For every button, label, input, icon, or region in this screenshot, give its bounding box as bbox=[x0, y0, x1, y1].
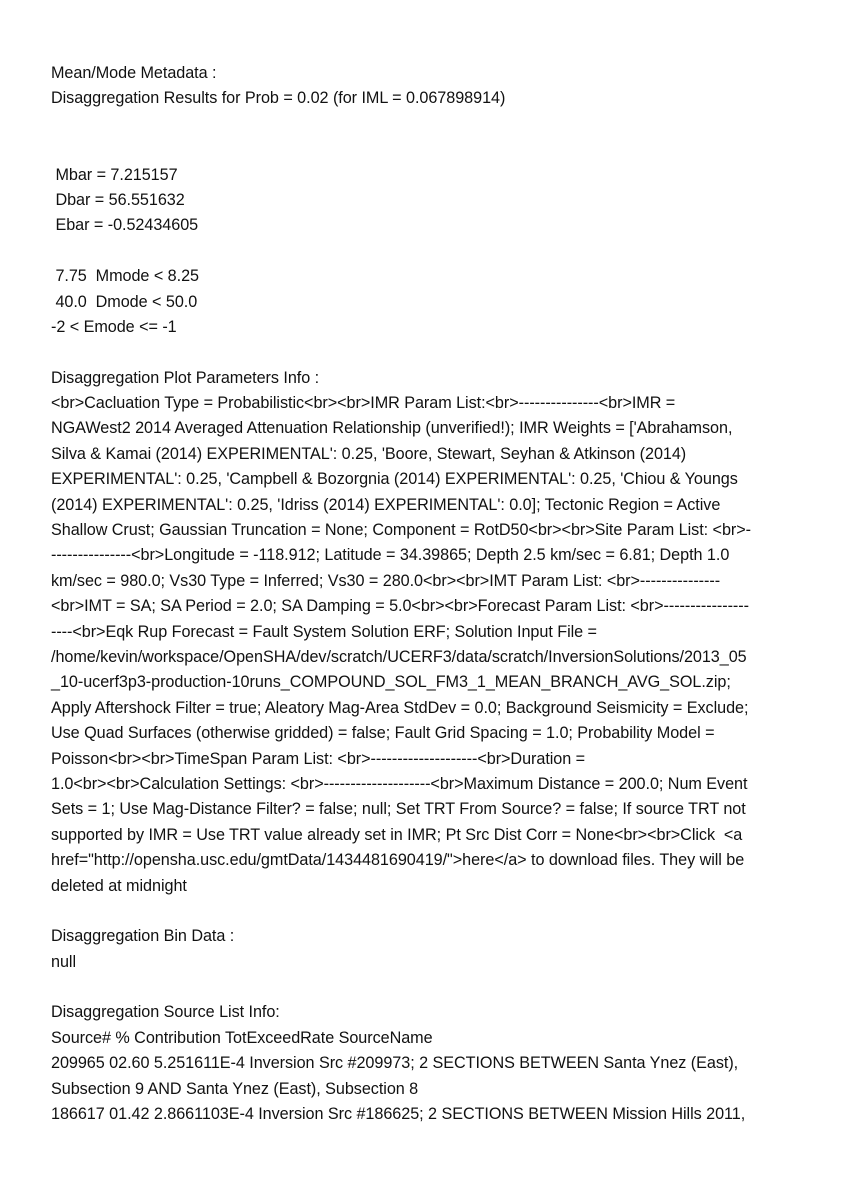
ebar-value: Ebar = -0.52434605 bbox=[51, 213, 811, 238]
plot-params-line: href="http://opensha.usc.edu/gmtData/143… bbox=[51, 848, 811, 873]
source-list-section: Disaggregation Source List Info: Source#… bbox=[51, 1000, 811, 1127]
plot-params-line: <br>IMT = SA; SA Period = 2.0; SA Dampin… bbox=[51, 594, 811, 619]
plot-params-line: ----<br>Eqk Rup Forecast = Fault System … bbox=[51, 620, 811, 645]
plot-params-section: Disaggregation Plot Parameters Info : <b… bbox=[51, 366, 811, 899]
plot-params-heading: Disaggregation Plot Parameters Info : bbox=[51, 366, 811, 391]
emode-range: -2 < Emode <= -1 bbox=[51, 315, 811, 340]
plot-params-line: EXPERIMENTAL': 0.25, 'Campbell & Bozorgn… bbox=[51, 467, 811, 492]
plot-params-line: Sets = 1; Use Mag-Distance Filter? = fal… bbox=[51, 797, 811, 822]
plot-params-line: <br>Cacluation Type = Probabilistic<br><… bbox=[51, 391, 811, 416]
dbar-value: Dbar = 56.551632 bbox=[51, 188, 811, 213]
plot-params-line: /home/kevin/workspace/OpenSHA/dev/scratc… bbox=[51, 645, 811, 670]
bin-data-heading: Disaggregation Bin Data : bbox=[51, 924, 811, 949]
plot-params-line: (2014) EXPERIMENTAL': 0.25, 'Idriss (201… bbox=[51, 493, 811, 518]
document-page: Mean/Mode Metadata : Disaggregation Resu… bbox=[51, 61, 811, 1127]
dmode-range: 40.0 Dmode < 50.0 bbox=[51, 290, 811, 315]
plot-params-line: Shallow Crust; Gaussian Truncation = Non… bbox=[51, 518, 811, 543]
source-row: 209965 02.60 5.251611E-4 Inversion Src #… bbox=[51, 1051, 811, 1076]
plot-params-line: 1.0<br><br>Calculation Settings: <br>---… bbox=[51, 772, 811, 797]
plot-params-line: ---------------<br>Longitude = -118.912;… bbox=[51, 543, 811, 568]
plot-params-line: _10-ucerf3p3-production-10runs_COMPOUND_… bbox=[51, 670, 811, 695]
plot-params-line: NGAWest2 2014 Averaged Attenuation Relat… bbox=[51, 416, 811, 441]
plot-params-line: Use Quad Surfaces (otherwise gridded) = … bbox=[51, 721, 811, 746]
source-row-continued: Subsection 9 AND Santa Ynez (East), Subs… bbox=[51, 1077, 811, 1102]
plot-params-line: Apply Aftershock Filter = true; Aleatory… bbox=[51, 696, 811, 721]
plot-params-line: Poisson<br><br>TimeSpan Param List: <br>… bbox=[51, 747, 811, 772]
mean-mode-heading: Mean/Mode Metadata : bbox=[51, 61, 811, 86]
mmode-range: 7.75 Mmode < 8.25 bbox=[51, 264, 811, 289]
source-row: 186617 01.42 2.8661103E-4 Inversion Src … bbox=[51, 1102, 811, 1127]
bin-data-section: Disaggregation Bin Data : null bbox=[51, 924, 811, 975]
mean-mode-section: Mean/Mode Metadata : Disaggregation Resu… bbox=[51, 61, 811, 340]
source-list-heading: Disaggregation Source List Info: bbox=[51, 1000, 811, 1025]
plot-params-line: km/sec = 980.0; Vs30 Type = Inferred; Vs… bbox=[51, 569, 811, 594]
mbar-value: Mbar = 7.215157 bbox=[51, 163, 811, 188]
plot-params-line: Silva & Kamai (2014) EXPERIMENTAL': 0.25… bbox=[51, 442, 811, 467]
bin-data-value: null bbox=[51, 950, 811, 975]
source-list-columns: Source# % Contribution TotExceedRate Sou… bbox=[51, 1026, 811, 1051]
plot-params-line: deleted at midnight bbox=[51, 874, 811, 899]
plot-params-line: supported by IMR = Use TRT value already… bbox=[51, 823, 811, 848]
results-line: Disaggregation Results for Prob = 0.02 (… bbox=[51, 86, 811, 111]
